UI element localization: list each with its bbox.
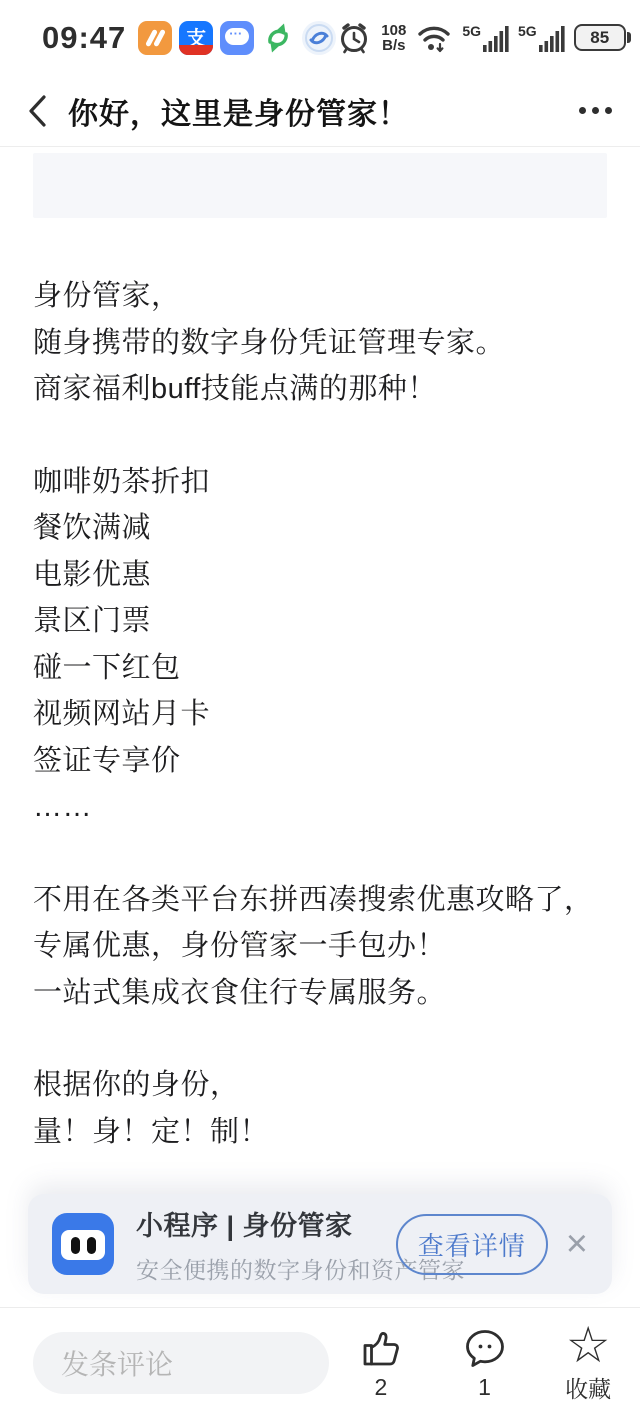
mini-program-texts: 小程序 | 身份管家 安全便携的数字身份和资产管家 [136, 1204, 396, 1285]
status-indicators: 108 B/s 5G 5G [336, 20, 630, 56]
mini-program-banner[interactable]: 小程序 | 身份管家 安全便携的数字身份和资产管家 查看详情 × [28, 1194, 612, 1294]
comment-count: 1 [478, 1374, 491, 1401]
article-line: 电影优惠 [33, 552, 607, 599]
back-icon[interactable] [26, 94, 48, 128]
swirl-icon [302, 21, 336, 55]
more-menu-icon[interactable] [577, 97, 614, 124]
alipay-icon: 支 [179, 21, 213, 55]
like-button[interactable]: 2 [329, 1321, 433, 1404]
comment-bar: 发条评论 2 1 ☆ 收藏 [0, 1307, 640, 1417]
signal-sim1: 5G [462, 23, 509, 53]
thumbs-up-icon [358, 1324, 404, 1372]
battery-indicator: 85 [574, 24, 631, 51]
article-line: 咖啡奶茶折扣 [33, 459, 607, 506]
status-time: 09:47 [42, 20, 126, 56]
recycle-icon [261, 21, 295, 55]
like-count: 2 [374, 1374, 387, 1401]
article-line: 身份管家， [33, 273, 607, 320]
article-body: 身份管家，随身携带的数字身份凭证管理专家。商家福利buff技能点满的那种！咖啡奶… [0, 218, 640, 1155]
status-bar: 09:47 支 [0, 0, 640, 75]
article-line: 签证专享价 [33, 738, 607, 785]
comment-bubble-icon [462, 1324, 508, 1372]
comment-placeholder: 发条评论 [61, 1343, 173, 1383]
page-title: 你好，这里是身份管家！ [68, 89, 409, 133]
article-line: 景区门票 [33, 598, 607, 645]
article-line: 一站式集成衣食住行专属服务。 [33, 970, 607, 1017]
alarm-clock-icon [336, 20, 372, 56]
action-buttons: 2 1 ☆ 收藏 [329, 1321, 640, 1404]
article-paragraph: 咖啡奶茶折扣餐饮满减电影优惠景区门票碰一下红包视频网站月卡签证专享价…… [33, 459, 607, 831]
mini-program-title: 小程序 | 身份管家 [136, 1204, 396, 1243]
article-paragraph: 根据你的身份，量！身！定！制！ [33, 1062, 607, 1155]
wifi-icon [415, 21, 453, 55]
article-line: 专属优惠，身份管家一手包办！ [33, 923, 607, 970]
signal-sim2: 5G [518, 23, 565, 53]
messages-icon [220, 21, 254, 55]
article-line: 量！身！定！制！ [33, 1109, 607, 1156]
nav-bar: 你好，这里是身份管家！ [0, 75, 640, 147]
article-line: 碰一下红包 [33, 645, 607, 692]
close-icon[interactable]: × [566, 1225, 588, 1263]
comment-input[interactable]: 发条评论 [33, 1332, 329, 1394]
article-image-remnant [33, 153, 607, 218]
article-line: 商家福利buff技能点满的那种！ [33, 366, 607, 413]
article-line: 随身携带的数字身份凭证管理专家。 [33, 320, 607, 367]
favorite-button[interactable]: ☆ 收藏 [536, 1321, 640, 1404]
network-speed: 108 B/s [381, 23, 406, 53]
article-paragraph: 不用在各类平台东拼西凑搜索优惠攻略了，专属优惠，身份管家一手包办！一站式集成衣食… [33, 877, 607, 1017]
comment-button[interactable]: 1 [433, 1321, 537, 1404]
mini-program-subtitle: 安全便携的数字身份和资产管家 [136, 1252, 396, 1285]
notes-icon [138, 21, 172, 55]
article-line: 餐饮满减 [33, 505, 607, 552]
notification-icons: 支 [138, 21, 336, 55]
star-icon: ☆ [566, 1321, 611, 1369]
view-details-button[interactable]: 查看详情 [396, 1214, 548, 1275]
favorite-label: 收藏 [565, 1371, 611, 1404]
article-line: …… [33, 784, 607, 831]
article-line: 不用在各类平台东拼西凑搜索优惠攻略了， [33, 877, 607, 924]
article-line: 视频网站月卡 [33, 691, 607, 738]
article-line: 根据你的身份， [33, 1062, 607, 1109]
mini-program-logo-icon [52, 1213, 114, 1275]
article-paragraph: 身份管家，随身携带的数字身份凭证管理专家。商家福利buff技能点满的那种！ [33, 273, 607, 413]
